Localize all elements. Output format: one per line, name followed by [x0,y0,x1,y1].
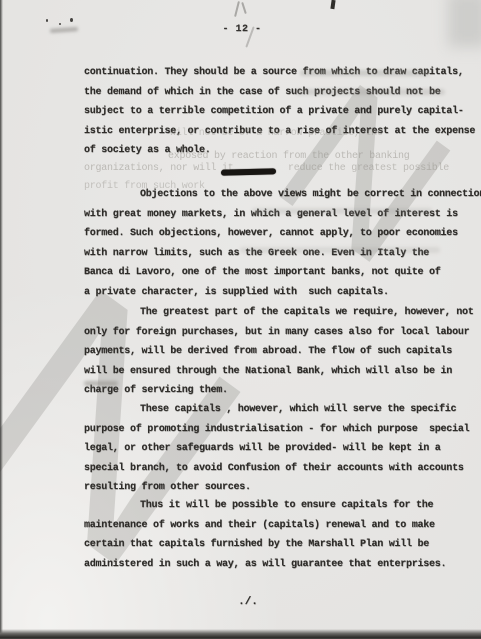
text-line: The greatest part of the capitals we req… [84,303,474,323]
pen-dot-mark [70,18,73,22]
page-continuation-mark: ./. [228,596,268,608]
text-line: charge of servicing them. [84,381,474,401]
text-line: special branch, to avoid Confusion of th… [84,459,469,479]
text-line: payments, will be derived from abroad. T… [84,342,474,362]
paragraph-5: Thus it will be possible to ensure capit… [84,496,446,574]
ghost-text-line: will not be of a narrow practice, the [170,128,383,139]
ink-smudge [50,27,78,33]
text-line: purpose of promoting industrialisation -… [84,420,469,440]
page-number: - 12 - [212,24,272,35]
text-line: formed. Such objections, however, cannot… [84,224,481,244]
paragraph-4: These capitals , however, which will ser… [84,400,469,498]
ghost-text-line: exposed by reaction from the other banki… [168,151,410,162]
text-line: subject to a terrible competition of a p… [84,102,475,122]
ghost-text-line: reduce the greatest possible [288,163,449,174]
paragraph-2: Objections to the above views might be c… [84,185,481,302]
ink-tick-mark [330,0,335,9]
scan-corner-shadow [448,0,481,47]
pencil-scribble [234,1,240,17]
paragraph-3: The greatest part of the capitals we req… [84,303,474,401]
pen-dot-mark [59,23,61,25]
text-line: legal, or other safeguards will be provi… [84,439,469,459]
faint-annotation-smudge [84,381,118,386]
paragraph-1: continuation. They should be a source fr… [84,63,475,161]
text-line: maintenance of works and their (capitals… [84,516,446,536]
scan-edge-bottom [0,629,481,639]
text-line: administered in such a way, as will guar… [84,555,446,575]
text-line: Thus it will be possible to ensure capit… [84,496,446,516]
text-line: only for foreign purchases, but in many … [84,323,474,343]
text-line: certain that capitals furnished by the M… [84,535,446,555]
bleed-through-smudge [252,208,432,214]
scan-edge-left [0,0,3,639]
bleed-through-smudge [295,89,445,95]
bleed-through-smudge [300,70,430,76]
ink-strikeout-mark [221,168,276,175]
pencil-scribble [241,2,247,14]
text-line: a private character, is supplied with su… [84,283,481,303]
scanned-document-page: N N - 12 - continuation. They should be … [0,0,481,639]
ghost-text-line: organizations, nor will it [84,163,234,174]
text-line: Banca di Lavoro, one of the most importa… [84,263,481,283]
bleed-through-smudge [240,247,440,253]
text-line: These capitals , however, which will ser… [84,400,469,420]
text-line: Objections to the above views might be c… [84,185,481,205]
pen-dot-mark [46,19,48,22]
text-line: resulting from other sources. [84,478,469,498]
text-line: will be ensured through the National Ban… [84,362,474,382]
